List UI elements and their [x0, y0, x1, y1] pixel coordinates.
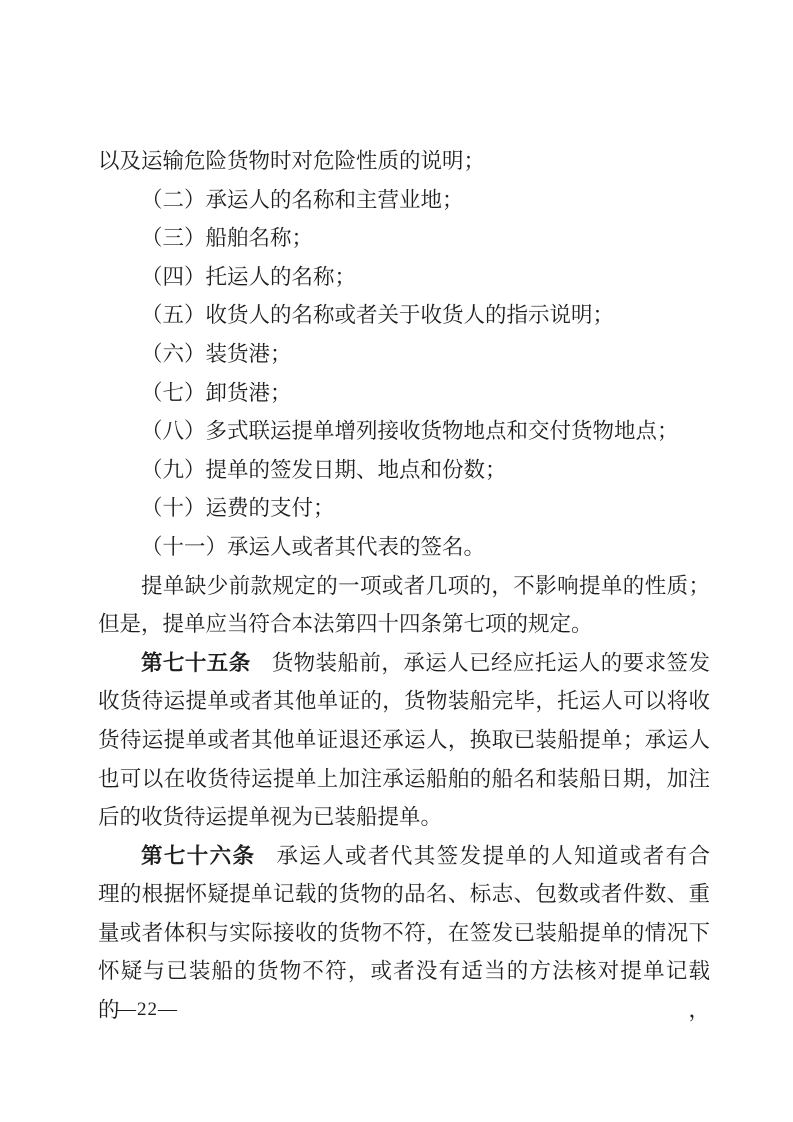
document-page: 以及运输危险货物时对危险性质的说明；（二）承运人的名称和主营业地；（三）船舶名称…: [0, 0, 793, 1122]
article-number: 第七十六条: [141, 844, 255, 868]
line-text: 量或者体积与实际接收的货物不符，在签发已装船提单的情况下: [98, 921, 710, 945]
line-text: （五）收货人的名称或者关于收货人的指示说明；: [141, 303, 614, 327]
line-text: 承运人或者代其签发提单的人知道或者有合: [276, 844, 710, 868]
line-text: 但是，提单应当符合本法第四十四条第七项的规定。: [98, 612, 593, 636]
text-line: 理的根据怀疑提单记载的货物的品名、标志、包数或者件数、重: [98, 875, 710, 914]
document-text-block: 以及运输危险货物时对危险性质的说明；（二）承运人的名称和主营业地；（三）船舶名称…: [98, 142, 710, 991]
text-line: 怀疑与已装船的货物不符，或者没有适当的方法核对提单记载的，: [98, 952, 710, 991]
line-text: 收货待运提单或者其他单证的，货物装船完毕，托运人可以将收: [98, 689, 710, 713]
text-line: （九）提单的签发日期、地点和份数；: [98, 451, 710, 490]
text-line: 提单缺少前款规定的一项或者几项的，不影响提单的性质；: [98, 567, 710, 606]
line-text: 理的根据怀疑提单记载的货物的品名、标志、包数或者件数、重: [98, 882, 710, 906]
page-number: —22—: [117, 997, 178, 1023]
text-line: （五）收货人的名称或者关于收货人的指示说明；: [98, 296, 710, 335]
line-text: 怀疑与已装船的货物不符，或者没有适当的方法核对提单记载的，: [98, 959, 710, 1022]
text-line: （六）装货港；: [98, 335, 710, 374]
line-text: （六）装货港；: [141, 342, 292, 366]
line-text: 以及运输危险货物时对危险性质的说明；: [98, 149, 485, 173]
line-text: （二）承运人的名称和主营业地；: [141, 188, 464, 212]
line-text: 也可以在收货待运提单上加注承运船舶的船名和装船日期，加注: [98, 767, 710, 791]
text-line: 量或者体积与实际接收的货物不符，在签发已装船提单的情况下: [98, 914, 710, 953]
text-line: （七）卸货港；: [98, 374, 710, 413]
text-line: 收货待运提单或者其他单证的，货物装船完毕，托运人可以将收: [98, 682, 710, 721]
line-text: （三）船舶名称；: [141, 226, 313, 250]
line-text: 货物装船前，承运人已经应托运人的要求签发: [272, 651, 710, 675]
text-line: 后的收货待运提单视为已装船提单。: [98, 798, 710, 837]
line-text: （八）多式联运提单增列接收货物地点和交付货物地点；: [141, 419, 679, 443]
text-line: 货待运提单或者其他单证退还承运人，换取已装船提单；承运人: [98, 721, 710, 760]
text-line: 以及运输危险货物时对危险性质的说明；: [98, 142, 710, 181]
text-line: （四）托运人的名称；: [98, 258, 710, 297]
line-text: 后的收货待运提单视为已装船提单。: [98, 805, 442, 829]
text-line: （八）多式联运提单增列接收货物地点和交付货物地点；: [98, 412, 710, 451]
line-text: （十）运费的支付；: [141, 496, 335, 520]
line-text: （十一）承运人或者其代表的签名。: [141, 535, 485, 559]
article-line: 第七十五条货物装船前，承运人已经应托运人的要求签发: [98, 644, 710, 683]
text-line: （二）承运人的名称和主营业地；: [98, 181, 710, 220]
line-text: 提单缺少前款规定的一项或者几项的，不影响提单的性质；: [141, 574, 710, 598]
text-line: （三）船舶名称；: [98, 219, 710, 258]
line-text: （九）提单的签发日期、地点和份数；: [141, 458, 507, 482]
article-number: 第七十五条: [141, 651, 251, 675]
text-line: （十一）承运人或者其代表的签名。: [98, 528, 710, 567]
line-text: 货待运提单或者其他单证退还承运人，换取已装船提单；承运人: [98, 728, 710, 752]
article-line: 第七十六条承运人或者代其签发提单的人知道或者有合: [98, 837, 710, 876]
text-line: （十）运费的支付；: [98, 489, 710, 528]
line-text: （七）卸货港；: [141, 381, 292, 405]
text-line: 但是，提单应当符合本法第四十四条第七项的规定。: [98, 605, 710, 644]
line-text: （四）托运人的名称；: [141, 265, 356, 289]
text-line: 也可以在收货待运提单上加注承运船舶的船名和装船日期，加注: [98, 760, 710, 799]
